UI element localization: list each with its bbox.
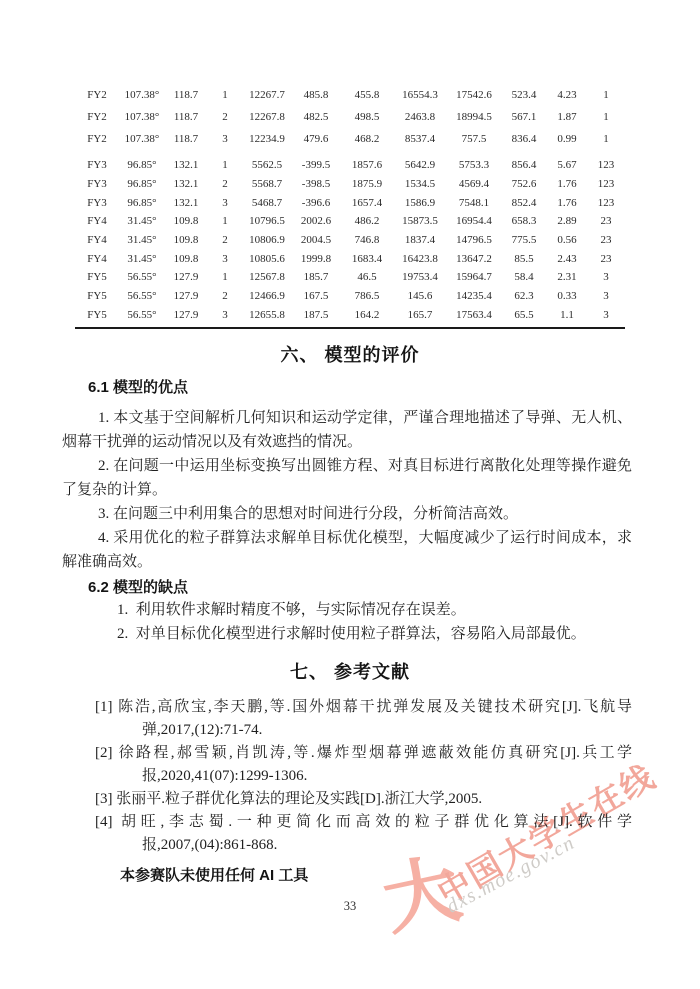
- table-cell: 2002.6: [291, 215, 341, 227]
- ai-usage-statement: 本参赛队未使用任何 AI 工具: [120, 864, 308, 885]
- table-cell: 10806.9: [243, 234, 291, 246]
- table-cell: 1837.4: [393, 234, 447, 246]
- table-cell: 12267.7: [243, 89, 291, 101]
- text-line: 报,2020,41(07):1299-1306.: [62, 765, 632, 788]
- table-cell: 5568.7: [243, 178, 291, 190]
- text-line: 2. 在问题一中运用坐标变换写出圆锥方程、对真目标进行离散化处理等操作避免: [62, 454, 632, 478]
- table-cell: 167.5: [291, 290, 341, 302]
- text-line: 烟幕干扰弹的运动情况以及有效遮挡的情况。: [62, 430, 632, 454]
- table-cell: 10796.5: [243, 215, 291, 227]
- table-cell: 132.1: [165, 178, 207, 190]
- table-cell: 56.55°: [119, 271, 165, 283]
- table-cell: 1534.5: [393, 178, 447, 190]
- table-cell: 109.8: [165, 234, 207, 246]
- table-cell: 1.87: [547, 111, 587, 123]
- table-cell: 856.4: [501, 159, 547, 171]
- subsection-heading-cons: 6.2 模型的缺点: [88, 576, 188, 597]
- table-cell: 3: [587, 290, 625, 302]
- table-cell: 752.6: [501, 178, 547, 190]
- table-cell: 746.8: [341, 234, 393, 246]
- table-cell: 0.33: [547, 290, 587, 302]
- table-row: FY2107.38°118.7112267.7485.8455.816554.3…: [75, 84, 625, 106]
- table-cell: 109.8: [165, 215, 207, 227]
- table-cell: 2463.8: [393, 111, 447, 123]
- table-cell: 482.5: [291, 111, 341, 123]
- table-cell: 132.1: [165, 197, 207, 209]
- table-cell: 2004.5: [291, 234, 341, 246]
- pros-paragraphs: 1. 本文基于空间解析几何知识和运动学定律，严谨合理地描述了导弹、无人机、烟幕干…: [62, 406, 632, 574]
- table-cell: 4.23: [547, 89, 587, 101]
- table-cell: 1.76: [547, 178, 587, 190]
- table-cell: 118.7: [165, 89, 207, 101]
- table-cell: -399.5: [291, 159, 341, 171]
- table-cell: 46.5: [341, 271, 393, 283]
- table-cell: 187.5: [291, 309, 341, 321]
- table-cell: 123: [587, 197, 625, 209]
- table-cell: 16423.8: [393, 253, 447, 265]
- table-cell: 23: [587, 215, 625, 227]
- table-cell: 12567.8: [243, 271, 291, 283]
- table-cell: 0.99: [547, 133, 587, 145]
- table-cell: 164.2: [341, 309, 393, 321]
- text-line: 报,2007,(04):861-868.: [62, 834, 632, 857]
- table-cell: 15873.5: [393, 215, 447, 227]
- table-cell: 12466.9: [243, 290, 291, 302]
- table-cell: 107.38°: [119, 133, 165, 145]
- table-cell: 1683.4: [341, 253, 393, 265]
- table-cell: 2: [207, 290, 243, 302]
- text-line: [2] 徐路程,郝雪颖,肖凯涛,等.爆炸型烟幕弹遮蔽效能仿真研究[J].兵工学: [62, 742, 632, 765]
- text-line: 3. 在问题三中利用集合的思想对时间进行分段，分析简洁高效。: [62, 502, 632, 526]
- table-cell: 31.45°: [119, 215, 165, 227]
- table-cell: FY4: [75, 215, 119, 227]
- table-cell: 107.38°: [119, 89, 165, 101]
- table-cell: 123: [587, 159, 625, 171]
- reference-list: [1] 陈浩,高欣宝,李天鹏,等.国外烟幕干扰弹发展及关键技术研究[J].飞航导…: [62, 696, 632, 857]
- table-cell: 96.85°: [119, 159, 165, 171]
- table-cell: 4569.4: [447, 178, 501, 190]
- table-cell: 10805.6: [243, 253, 291, 265]
- table-cell: 1657.4: [341, 197, 393, 209]
- table-cell: 468.2: [341, 133, 393, 145]
- text-line: 1. 利用软件求解时精度不够，与实际情况存在误差。: [62, 598, 632, 622]
- text-line: 解准确高效。: [62, 550, 632, 574]
- table-cell: 17563.4: [447, 309, 501, 321]
- paper-page: 大 中国大学生在线 dxs.moe.gov.cn FY2107.38°118.7…: [0, 0, 700, 989]
- table-cell: -398.5: [291, 178, 341, 190]
- table-cell: 31.45°: [119, 234, 165, 246]
- table-row: FY2107.38°118.7312234.9479.6468.28537.47…: [75, 128, 625, 150]
- text-line: 4. 采用优化的粒子群算法求解单目标优化模型，大幅度减少了运行时间成本，求: [62, 526, 632, 550]
- table-cell: 31.45°: [119, 253, 165, 265]
- table-cell: 2: [207, 111, 243, 123]
- table-cell: 18994.5: [447, 111, 501, 123]
- table-cell: 479.6: [291, 133, 341, 145]
- table-cell: 2.43: [547, 253, 587, 265]
- table-cell: 1: [587, 89, 625, 101]
- table-row: FY556.55°127.9212466.9167.5786.5145.6142…: [75, 287, 625, 306]
- table-cell: 65.5: [501, 309, 547, 321]
- table-cell: 7548.1: [447, 197, 501, 209]
- subsection-heading-pros: 6.1 模型的优点: [88, 376, 188, 397]
- table-cell: 5562.5: [243, 159, 291, 171]
- table-cell: 127.9: [165, 309, 207, 321]
- table-cell: 109.8: [165, 253, 207, 265]
- table-cell: 658.3: [501, 215, 547, 227]
- table-cell: 12267.8: [243, 111, 291, 123]
- table-cell: 15964.7: [447, 271, 501, 283]
- table-cell: 56.55°: [119, 309, 165, 321]
- table-cell: 16954.4: [447, 215, 501, 227]
- table-cell: 132.1: [165, 159, 207, 171]
- table-cell: 145.6: [393, 290, 447, 302]
- table-cell: 118.7: [165, 133, 207, 145]
- table-cell: 12655.8: [243, 309, 291, 321]
- table-cell: 118.7: [165, 111, 207, 123]
- table-cell: 3: [207, 197, 243, 209]
- table-cell: 23: [587, 253, 625, 265]
- table-cell: 1.76: [547, 197, 587, 209]
- table-cell: 1: [207, 89, 243, 101]
- table-row: FY396.85°132.125568.7-398.51875.91534.54…: [75, 175, 625, 194]
- table-cell: 56.55°: [119, 290, 165, 302]
- table-cell: 3: [587, 309, 625, 321]
- table-cell: 3: [207, 253, 243, 265]
- table-cell: 19753.4: [393, 271, 447, 283]
- table-cell: 5753.3: [447, 159, 501, 171]
- table-cell: 96.85°: [119, 178, 165, 190]
- table-cell: 0.56: [547, 234, 587, 246]
- table-cell: 12234.9: [243, 133, 291, 145]
- table-cell: 23: [587, 234, 625, 246]
- table-cell: FY4: [75, 253, 119, 265]
- table-cell: 85.5: [501, 253, 547, 265]
- table-cell: FY5: [75, 290, 119, 302]
- table-row: FY2107.38°118.7212267.8482.5498.52463.81…: [75, 106, 625, 128]
- table-cell: 485.8: [291, 89, 341, 101]
- table-cell: 1999.8: [291, 253, 341, 265]
- table-cell: 14796.5: [447, 234, 501, 246]
- table-cell: FY2: [75, 111, 119, 123]
- table-cell: 757.5: [447, 133, 501, 145]
- table-cell: -396.6: [291, 197, 341, 209]
- table-cell: 127.9: [165, 290, 207, 302]
- table-row: FY396.85°132.135468.7-396.61657.41586.97…: [75, 193, 625, 212]
- table-row: FY556.55°127.9112567.8185.746.519753.415…: [75, 268, 625, 287]
- table-cell: 96.85°: [119, 197, 165, 209]
- text-line: [4] 胡旺,李志蜀.一种更简化而高效的粒子群优化算法[J].软件学: [62, 811, 632, 834]
- table-cell: 2: [207, 178, 243, 190]
- table-cell: 498.5: [341, 111, 393, 123]
- table-cell: 567.1: [501, 111, 547, 123]
- table-row: FY431.45°109.8310805.61999.81683.416423.…: [75, 249, 625, 268]
- table-cell: 123: [587, 178, 625, 190]
- table-cell: 13647.2: [447, 253, 501, 265]
- table-cell: 455.8: [341, 89, 393, 101]
- table-cell: 3: [207, 133, 243, 145]
- table-cell: 523.4: [501, 89, 547, 101]
- table-cell: 1.1: [547, 309, 587, 321]
- table-cell: 8537.4: [393, 133, 447, 145]
- text-line: 弹,2017,(12):71-74.: [62, 719, 632, 742]
- table-cell: 2.89: [547, 215, 587, 227]
- table-cell: 1: [587, 133, 625, 145]
- table-cell: 852.4: [501, 197, 547, 209]
- table-row: FY431.45°109.8110796.52002.6486.215873.5…: [75, 212, 625, 231]
- text-line: 2. 对单目标优化模型进行求解时使用粒子群算法，容易陷入局部最优。: [62, 622, 632, 646]
- table-cell: 2.31: [547, 271, 587, 283]
- table-cell: 1875.9: [341, 178, 393, 190]
- table-cell: 1: [587, 111, 625, 123]
- table-cell: 127.9: [165, 271, 207, 283]
- table-cell: 1586.9: [393, 197, 447, 209]
- table-cell: 2: [207, 234, 243, 246]
- section-title-references: 七、 参考文献: [0, 658, 700, 684]
- table-cell: 3: [587, 271, 625, 283]
- table-cell: FY5: [75, 309, 119, 321]
- table-cell: 165.7: [393, 309, 447, 321]
- table-cell: FY3: [75, 197, 119, 209]
- table-cell: FY4: [75, 234, 119, 246]
- table-cell: 107.38°: [119, 111, 165, 123]
- table-cell: 5.67: [547, 159, 587, 171]
- table-cell: 1: [207, 271, 243, 283]
- table-cell: 58.4: [501, 271, 547, 283]
- table-cell: FY5: [75, 271, 119, 283]
- text-line: 了复杂的计算。: [62, 478, 632, 502]
- table-cell: 5468.7: [243, 197, 291, 209]
- cons-paragraphs: 1. 利用软件求解时精度不够，与实际情况存在误差。2. 对单目标优化模型进行求解…: [62, 598, 632, 646]
- table-cell: 1857.6: [341, 159, 393, 171]
- table-cell: 1: [207, 159, 243, 171]
- table-row: FY556.55°127.9312655.8187.5164.2165.7175…: [75, 306, 625, 325]
- table-cell: 62.3: [501, 290, 547, 302]
- table-cell: 3: [207, 309, 243, 321]
- data-table: FY2107.38°118.7112267.7485.8455.816554.3…: [75, 84, 625, 329]
- section-title-evaluation: 六、 模型的评价: [0, 341, 700, 367]
- table-cell: FY3: [75, 178, 119, 190]
- table-cell: 786.5: [341, 290, 393, 302]
- table-row: FY431.45°109.8210806.92004.5746.81837.41…: [75, 231, 625, 250]
- text-line: [3] 张丽平.粒子群优化算法的理论及实践[D].浙江大学,2005.: [62, 788, 632, 811]
- table-cell: 16554.3: [393, 89, 447, 101]
- table-cell: FY2: [75, 133, 119, 145]
- text-line: [1] 陈浩,高欣宝,李天鹏,等.国外烟幕干扰弹发展及关键技术研究[J].飞航导: [62, 696, 632, 719]
- table-row: FY396.85°132.115562.5-399.51857.65642.95…: [75, 156, 625, 175]
- table-cell: 836.4: [501, 133, 547, 145]
- table-cell: 486.2: [341, 215, 393, 227]
- table-cell: FY2: [75, 89, 119, 101]
- table-cell: 1: [207, 215, 243, 227]
- text-line: 1. 本文基于空间解析几何知识和运动学定律，严谨合理地描述了导弹、无人机、: [62, 406, 632, 430]
- table-cell: FY3: [75, 159, 119, 171]
- table-cell: 185.7: [291, 271, 341, 283]
- table-cell: 775.5: [501, 234, 547, 246]
- table-cell: 14235.4: [447, 290, 501, 302]
- table-cell: 17542.6: [447, 89, 501, 101]
- table-cell: 5642.9: [393, 159, 447, 171]
- page-number: 33: [0, 899, 700, 914]
